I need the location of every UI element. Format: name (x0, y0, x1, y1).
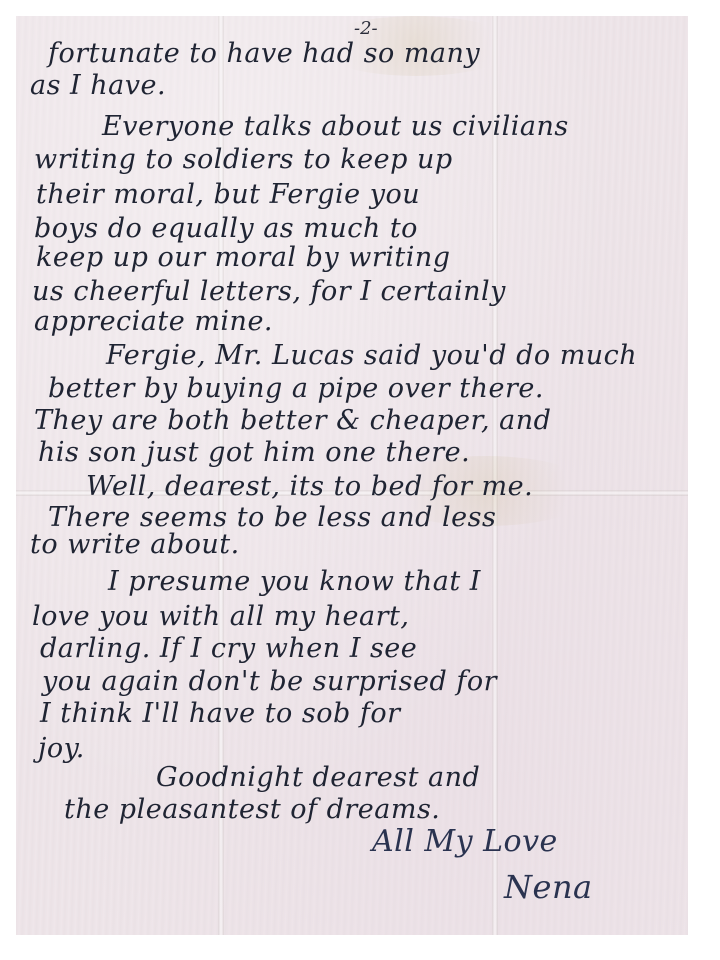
letter-line: Well, dearest, its to bed for me. (86, 471, 533, 502)
letter-closing: All My Love (372, 824, 558, 859)
letter-signature: Nena (504, 868, 593, 906)
letter-line: boys do equally as much to (34, 213, 418, 244)
letter-line: Goodnight dearest and (156, 762, 480, 793)
letter-line: us cheerful letters, for I certainly (32, 276, 506, 307)
letter-line: writing to soldiers to keep up (34, 144, 453, 175)
page-number: -2- (354, 18, 378, 39)
letter-line: you again don't be surprised for (42, 666, 497, 697)
letter-line: I presume you know that I (108, 566, 481, 597)
letter-line: the pleasantest of dreams. (64, 794, 440, 825)
letter-line: fortunate to have had so many (48, 38, 480, 69)
letter-line: Fergie, Mr. Lucas said you'd do much (106, 340, 637, 371)
letter-line: to write about. (30, 529, 240, 560)
letter-line: darling. If I cry when I see (40, 633, 417, 664)
letter-line: better by buying a pipe over there. (48, 373, 544, 404)
letter-line: their moral, but Fergie you (36, 179, 420, 210)
letter-line: They are both better & cheaper, and (34, 405, 551, 436)
letter-line: as I have. (30, 70, 166, 101)
letter-line: joy. (38, 733, 85, 764)
letter-line: Everyone talks about us civilians (102, 111, 569, 142)
letter-line: keep up our moral by writing (36, 242, 451, 273)
letter-line: his son just got him one there. (38, 437, 470, 468)
letter-line: I think I'll have to sob for (40, 698, 401, 729)
letter-page: -2- fortunate to have had so many as I h… (16, 16, 688, 935)
letter-line: love you with all my heart, (32, 601, 409, 632)
letter-line: appreciate mine. (34, 306, 273, 337)
